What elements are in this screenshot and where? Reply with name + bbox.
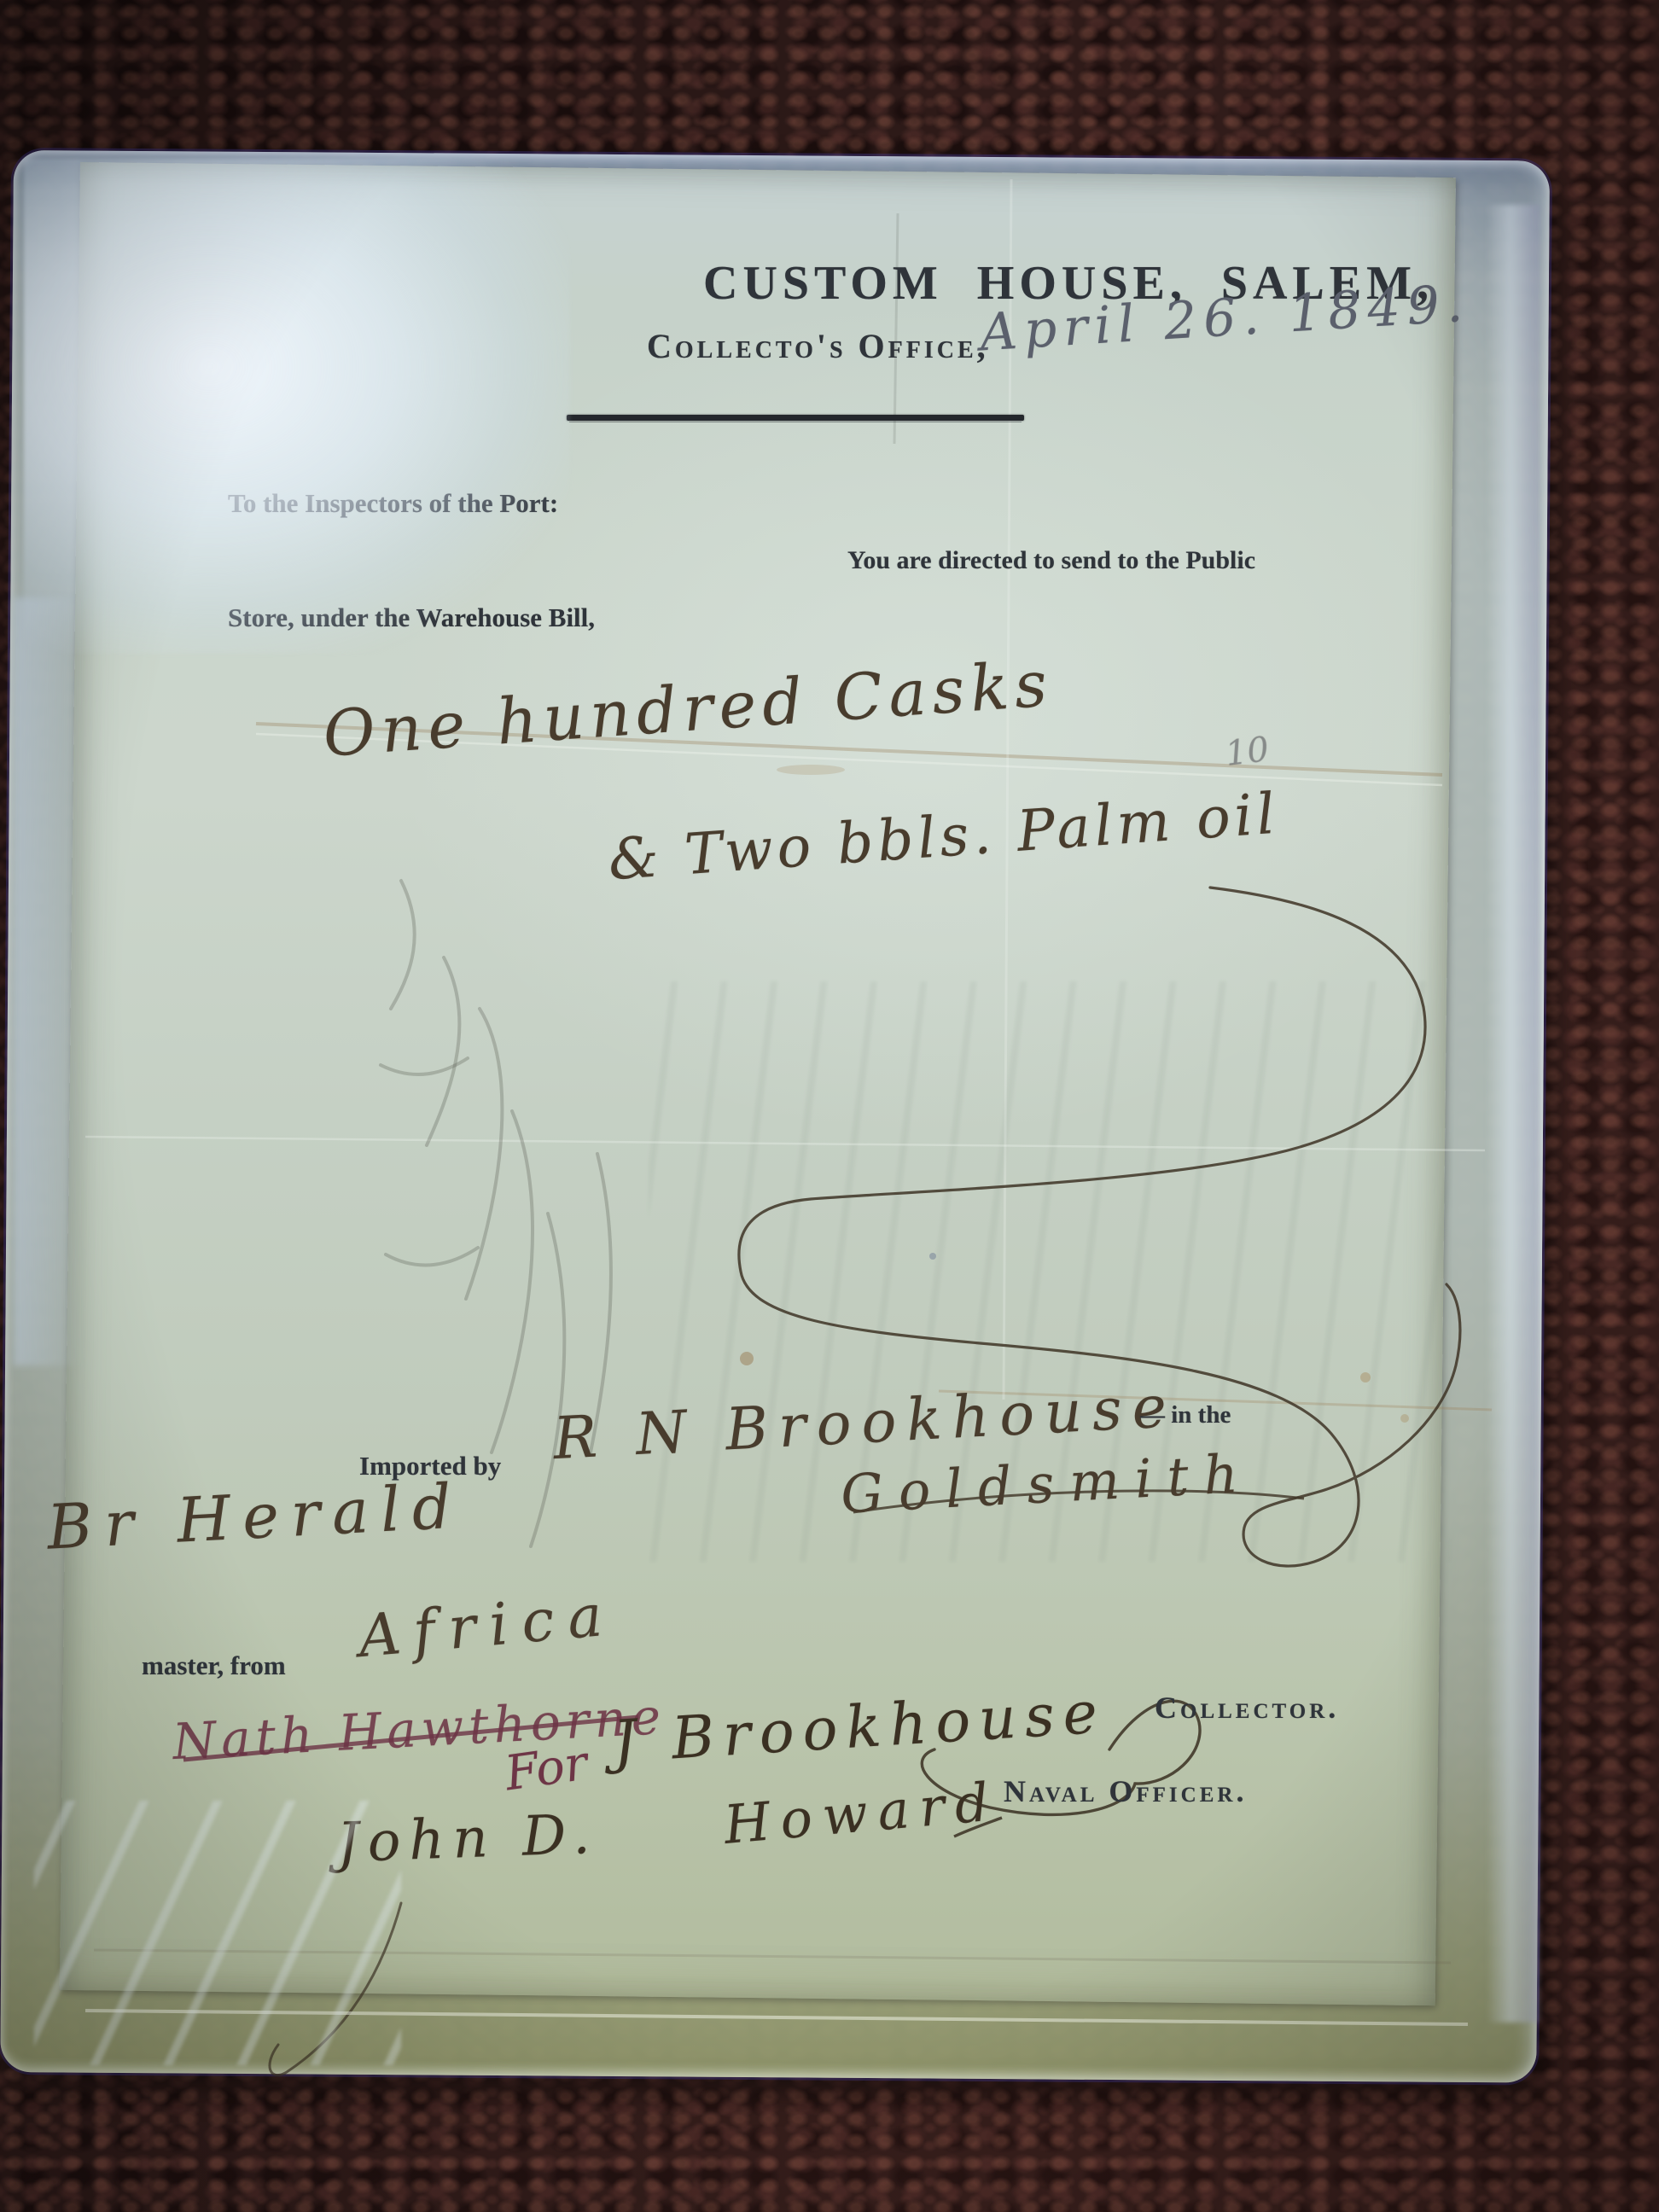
red-annotation: For (502, 1736, 591, 1802)
plastic-glare-top-left (24, 159, 570, 654)
photograph-of-document: CUSTOM HOUSE, SALEM, Collecto's Office, … (0, 0, 1659, 2212)
master-from-label: master, from (142, 1650, 286, 1681)
in-the-label: — in the (1140, 1401, 1231, 1429)
naval-officer-title: Naval Officer. (1004, 1773, 1247, 1809)
plastic-glare-bottom-left (34, 1801, 401, 2065)
collector-title: Collector. (1155, 1690, 1339, 1726)
pencil-note: 10 (1223, 730, 1271, 774)
header-rule (567, 415, 1024, 421)
sleeve-edge-highlight (1487, 205, 1540, 2023)
directive-line-right: You are directed to send to the Public (847, 546, 1255, 575)
plastic-glare-left-edge (14, 597, 82, 1365)
office-line: Collecto's Office, (647, 326, 989, 366)
